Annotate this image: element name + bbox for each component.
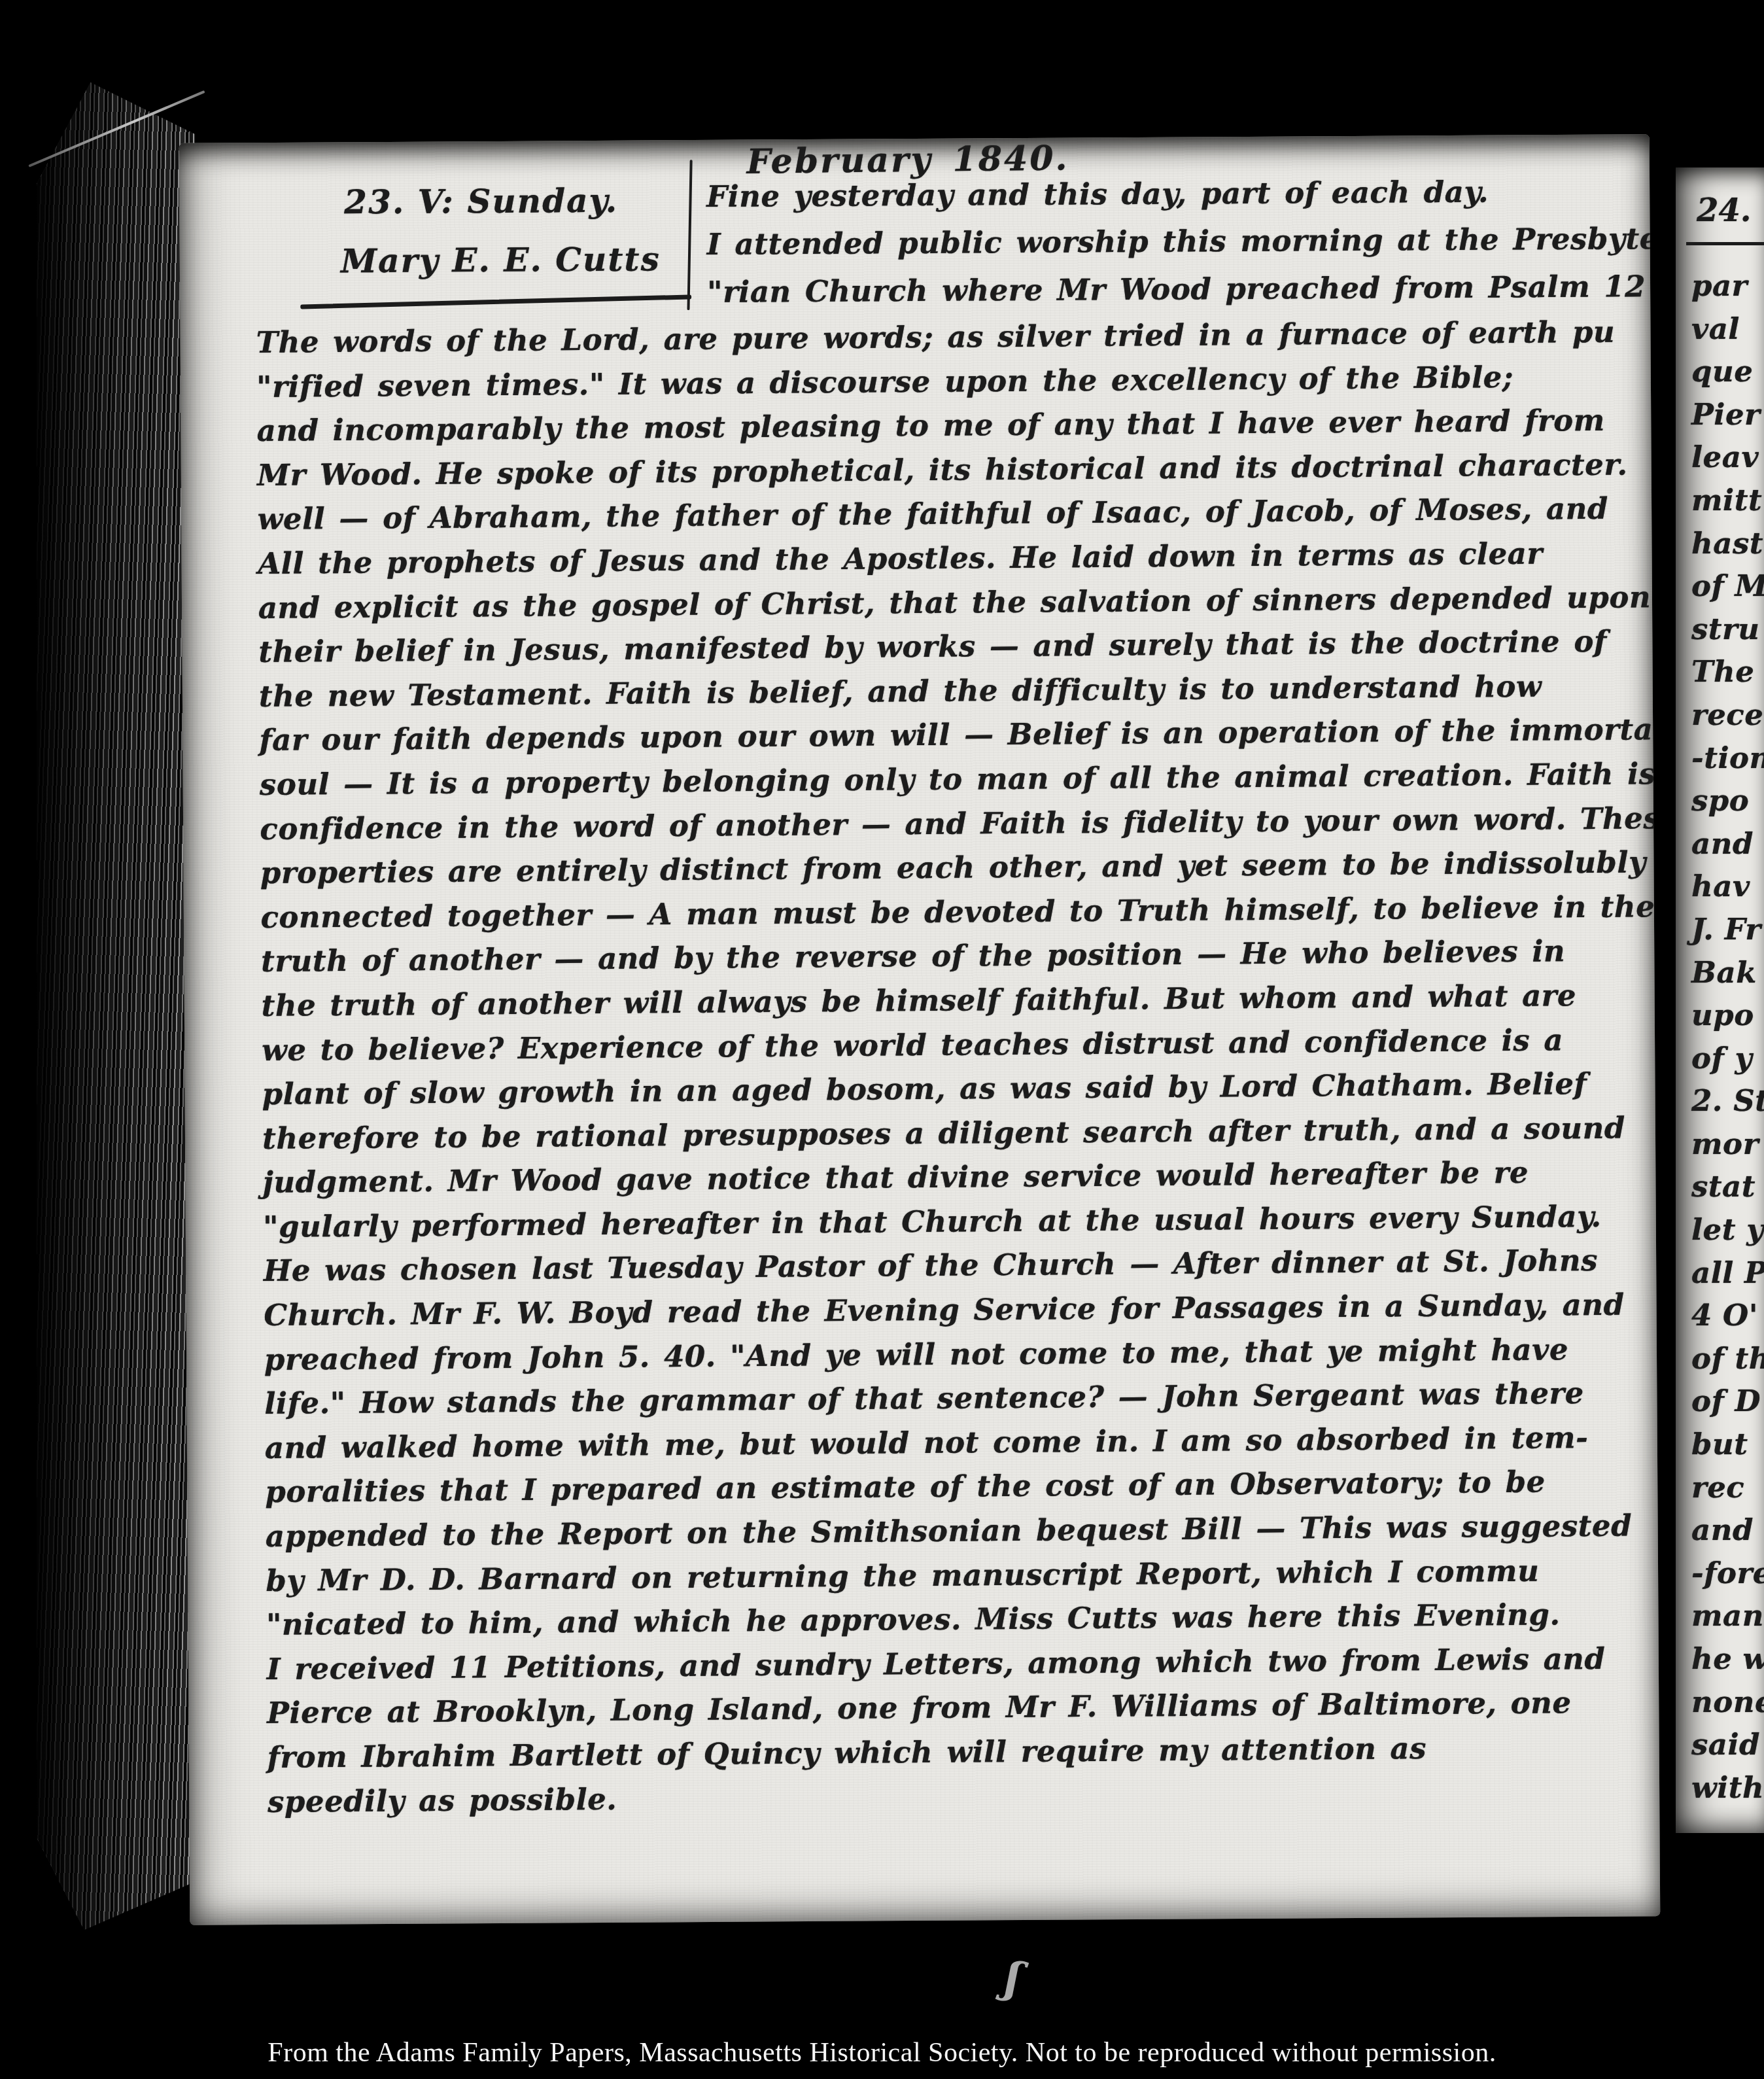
diary-body-indented: Fine yesterday and this day, part of eac…	[706, 167, 1660, 316]
next-page-line-fragment: spo	[1691, 779, 1764, 822]
next-page-line-fragment: rece	[1691, 693, 1764, 737]
next-page-line-fragment: -fore	[1691, 1552, 1764, 1595]
stray-ink-mark: ʃ	[1002, 1951, 1024, 2004]
next-page-line-fragment: he w	[1691, 1637, 1764, 1681]
next-page-line-fragment: The t	[1691, 650, 1764, 693]
next-page-line-fragment: 4 O'	[1691, 1294, 1764, 1337]
next-page-line-fragment: rec	[1691, 1466, 1764, 1509]
next-page-line-fragment: none	[1691, 1681, 1764, 1724]
next-page-line-fragment: of D	[1691, 1380, 1764, 1423]
next-page-line-fragment: all P	[1691, 1251, 1764, 1295]
next-page-line-fragment: of th	[1691, 1337, 1764, 1380]
diary-line: Fine yesterday and this day, part of eac…	[706, 167, 1660, 220]
next-page-line-fragment: mor	[1691, 1123, 1764, 1166]
next-page-line-fragment: man	[1691, 1594, 1764, 1637]
book-fore-edge	[37, 82, 195, 1930]
next-page-line-fragment: par	[1691, 264, 1764, 307]
diary-page: February 1840. 23. V: Sunday. Mary E. E.…	[179, 134, 1661, 1925]
next-page-line-fragment: with	[1691, 1766, 1764, 1809]
next-page-line-fragment: and	[1691, 822, 1764, 865]
next-page-underline-rule	[1686, 242, 1764, 245]
next-page-line-fragment: let y	[1691, 1208, 1764, 1251]
next-page-line-fragment: -tion	[1691, 737, 1764, 780]
next-page-line-fragment: stat	[1691, 1165, 1764, 1208]
margin-name: Mary E. E. Cutts	[341, 239, 661, 280]
next-page-line-fragment: val	[1691, 307, 1764, 351]
next-page-line-fragment: Bak	[1691, 951, 1764, 994]
next-page-line-fragment: 2. St	[1691, 1079, 1764, 1123]
next-page-line-fragment: que	[1691, 350, 1764, 393]
next-page-line-fragment: mitt	[1691, 479, 1764, 522]
diary-body: The words of the Lord, are pure words; a…	[256, 309, 1652, 1824]
next-page-line-fragment: leav	[1691, 436, 1764, 479]
scanned-photo: February 1840. 23. V: Sunday. Mary E. E.…	[0, 0, 1764, 2079]
next-page-sliver: 24. par val que Pier leav mitt hast of M…	[1676, 167, 1764, 1833]
margin-underline-rule	[300, 294, 691, 309]
diary-line: I attended public worship this morning a…	[706, 215, 1660, 268]
diary-line: "rian Church where Mr Wood preached from…	[707, 262, 1660, 316]
next-page-line-fragment: said	[1691, 1723, 1764, 1766]
next-page-line-fragment: hast	[1691, 522, 1764, 565]
next-page-line-fragment: J. Fr	[1691, 908, 1764, 951]
next-page-line-fragment: upo	[1691, 994, 1764, 1037]
next-page-line-fragment: of y	[1691, 1037, 1764, 1080]
next-page-line-fragment: stru	[1691, 608, 1764, 651]
next-page-line-fragment: and	[1691, 1509, 1764, 1552]
next-page-line-fragment: but	[1691, 1423, 1764, 1466]
next-page-line-fragment: Pier	[1691, 393, 1764, 436]
next-page-line-fragment: hav	[1691, 865, 1764, 908]
next-page-line-fragment: of M	[1691, 565, 1764, 608]
margin-divider-rule	[687, 160, 692, 310]
photo-caption: From the Adams Family Papers, Massachuse…	[0, 2037, 1764, 2069]
next-page-number: 24.	[1697, 192, 1752, 229]
margin-entry-date: 23. V: Sunday.	[344, 181, 618, 222]
next-page-fragments: par val que Pier leav mitt hast of M str…	[1691, 264, 1764, 1809]
